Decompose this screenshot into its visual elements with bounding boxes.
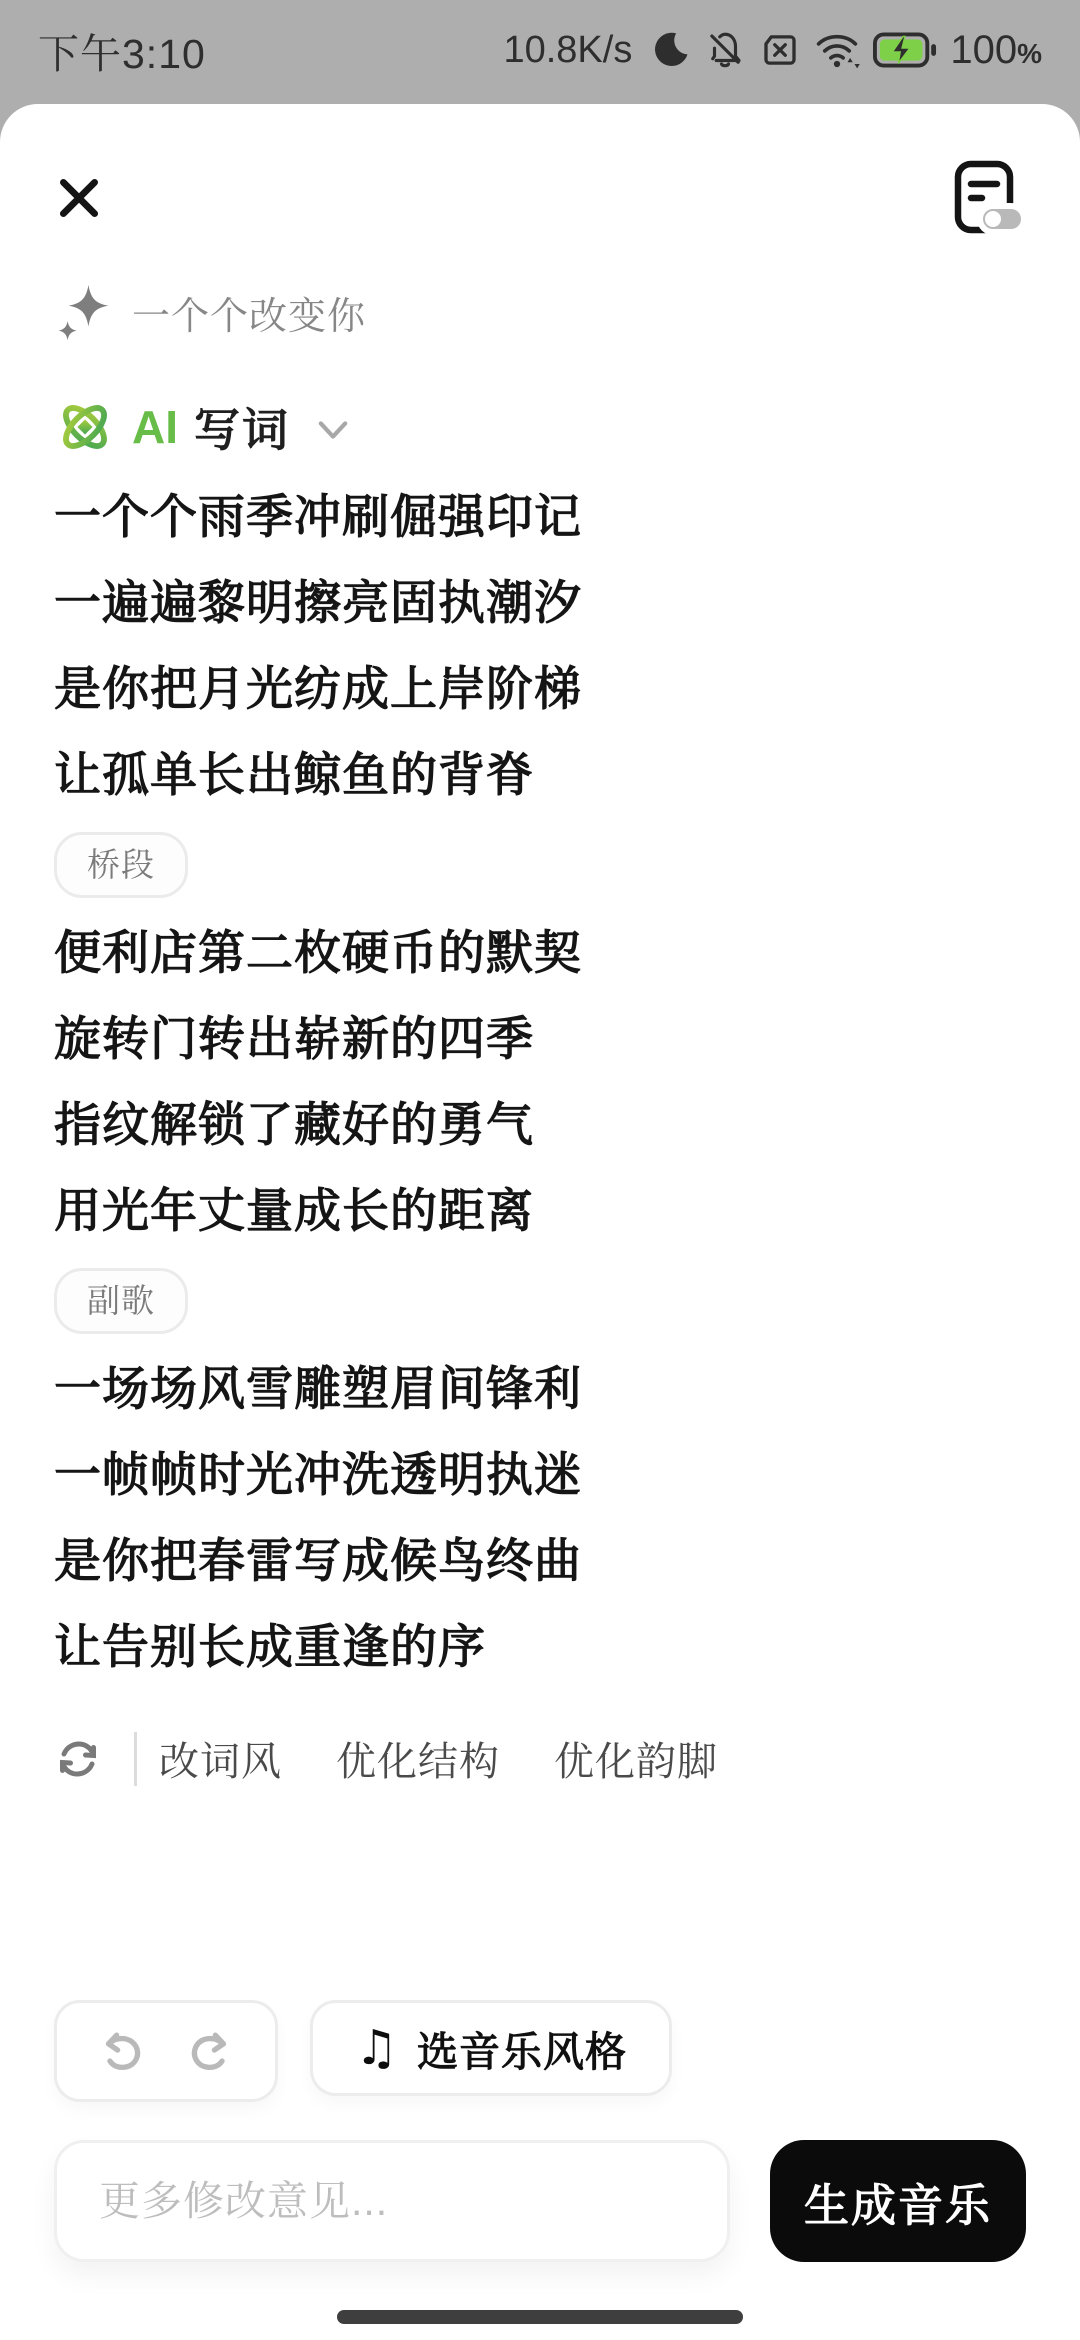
close-icon[interactable]	[54, 173, 104, 223]
network-speed: 10.8K/s	[503, 29, 632, 72]
lyric-line[interactable]: 一场场风雪雕塑眉间锋利	[54, 1358, 1026, 1420]
ai-brand-label: AI	[132, 400, 178, 454]
wifi-icon	[814, 29, 860, 71]
lyrics-list: 一个个雨季冲刷倔强印记一遍遍黎明擦亮固执潮汐是你把月光纺成上岸阶梯让孤单长出鲸鱼…	[54, 486, 1026, 1678]
toolbar-action-button[interactable]: 改词风	[159, 1730, 282, 1787]
lyrics-toolbar: 改词风优化结构优化韵脚	[54, 1730, 1026, 1787]
lyric-line[interactable]: 让孤单长出鲸鱼的背脊	[54, 744, 1026, 806]
status-time: 下午3:10	[38, 21, 206, 80]
toolbar-action-button[interactable]: 优化韵脚	[554, 1730, 718, 1787]
status-right-cluster: 10.8K/s	[503, 28, 1042, 73]
lyric-line[interactable]: 是你把月光纺成上岸阶梯	[54, 658, 1026, 720]
user-prompt-text: 一个个改变你	[132, 285, 366, 340]
document-toggle-icon[interactable]	[940, 154, 1026, 242]
section-badge: 副歌	[54, 1268, 188, 1334]
phone-screen: 下午3:10 10.8K/s	[0, 0, 1080, 2340]
top-bar	[54, 150, 1026, 246]
toolbar-divider	[134, 1732, 137, 1786]
lyric-line[interactable]: 是你把春雷写成候鸟终曲	[54, 1530, 1026, 1592]
atom-icon	[54, 396, 116, 458]
lyric-line[interactable]: 一个个雨季冲刷倔强印记	[54, 486, 1026, 548]
bottom-actions-row: ♫ 选音乐风格	[54, 2000, 672, 2102]
section-badge: 桥段	[54, 832, 188, 898]
undo-icon[interactable]	[97, 2028, 143, 2074]
feedback-input-row: 生成音乐	[54, 2140, 1026, 2262]
lyric-line[interactable]: 让告别长成重逢的序	[54, 1616, 1026, 1678]
toolbar-actions: 改词风优化结构优化韵脚	[159, 1730, 772, 1787]
lyric-line[interactable]: 便利店第二枚硬币的默契	[54, 922, 1026, 984]
status-bar: 下午3:10 10.8K/s	[0, 0, 1080, 100]
music-note-icon: ♫	[355, 2024, 399, 2072]
lyric-line[interactable]: 一遍遍黎明擦亮固执潮汐	[54, 572, 1026, 634]
battery-percent: 100%	[950, 28, 1042, 73]
bell-muted-icon	[704, 29, 746, 71]
feedback-input[interactable]	[54, 2140, 730, 2262]
undo-redo-group	[54, 2000, 278, 2102]
lyric-line[interactable]: 旋转门转出崭新的四季	[54, 1008, 1026, 1070]
lyric-line[interactable]: 用光年丈量成长的距离	[54, 1180, 1026, 1242]
battery-charging-icon	[873, 31, 937, 69]
refresh-icon[interactable]	[54, 1735, 102, 1783]
user-prompt-row: 一个个改变你	[54, 284, 1026, 340]
ai-mode-label: 写词	[194, 394, 290, 460]
sim-missing-icon	[759, 29, 801, 71]
sparkle-icon	[54, 283, 112, 341]
lyric-line[interactable]: 指纹解锁了藏好的勇气	[54, 1094, 1026, 1156]
moon-icon	[649, 29, 691, 71]
music-style-button[interactable]: ♫ 选音乐风格	[310, 2000, 672, 2096]
toolbar-action-button[interactable]: 优化结构	[336, 1730, 500, 1787]
generate-music-button[interactable]: 生成音乐	[770, 2140, 1026, 2262]
lyric-line[interactable]: 一帧帧时光冲洗透明执迷	[54, 1444, 1026, 1506]
home-indicator[interactable]	[337, 2310, 743, 2324]
ai-mode-selector[interactable]: AI 写词	[54, 396, 1026, 458]
music-style-label: 选音乐风格	[417, 2019, 627, 2078]
redo-icon[interactable]	[189, 2028, 235, 2074]
chevron-down-icon	[314, 415, 352, 445]
